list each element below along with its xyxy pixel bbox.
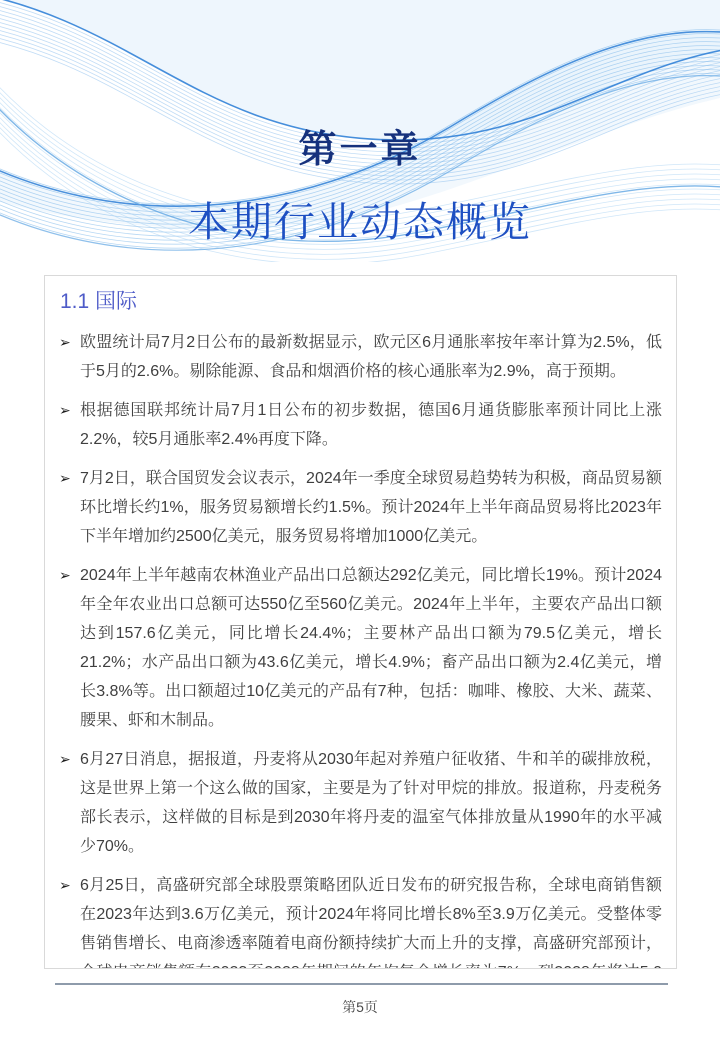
section-heading: 1.1 国际 <box>60 288 662 316</box>
bullet-arrow-icon: ➢ <box>59 561 71 590</box>
bullet-text: 2024年上半年越南农林渔业产品出口总额达292亿美元，同比增长19%。预计20… <box>80 567 662 729</box>
bullet-arrow-icon: ➢ <box>59 871 71 900</box>
news-bullet-item: ➢ 欧盟统计局7月2日公布的最新数据显示，欧元区6月通胀率按年率计算为2.5%，… <box>59 328 662 386</box>
bullet-arrow-icon: ➢ <box>59 328 71 357</box>
chapter-title: 本期行业动态概览 <box>0 196 720 248</box>
page-number: 第5页 <box>0 997 720 1017</box>
news-bullet-list: ➢ 欧盟统计局7月2日公布的最新数据显示，欧元区6月通胀率按年率计算为2.5%，… <box>59 328 662 969</box>
bullet-text: 6月27日消息，据报道，丹麦将从2030年起对养殖户征收猪、牛和羊的碳排放税，这… <box>80 751 662 855</box>
section-content-box: 1.1 国际 ➢ 欧盟统计局7月2日公布的最新数据显示，欧元区6月通胀率按年率计… <box>44 275 677 969</box>
news-bullet-item: ➢ 7月2日，联合国贸发会议表示，2024年一季度全球贸易趋势转为积极，商品贸易… <box>59 464 662 551</box>
news-bullet-item: ➢ 根据德国联邦统计局7月1日公布的初步数据，德国6月通货膨胀率预计同比上涨2.… <box>59 396 662 454</box>
bullet-text: 6月25日，高盛研究部全球股票策略团队近日发布的研究报告称，全球电商销售额在20… <box>80 877 662 969</box>
bullet-text: 根据德国联邦统计局7月1日公布的初步数据，德国6月通货膨胀率预计同比上涨2.2%… <box>80 402 662 448</box>
bullet-arrow-icon: ➢ <box>59 396 71 425</box>
report-page: 第一章 本期行业动态概览 1.1 国际 ➢ 欧盟统计局7月2日公布的最新数据显示… <box>0 0 720 1040</box>
bullet-arrow-icon: ➢ <box>59 464 71 493</box>
news-bullet-item: ➢ 6月27日消息，据报道，丹麦将从2030年起对养殖户征收猪、牛和羊的碳排放税… <box>59 745 662 861</box>
chapter-label: 第一章 <box>0 126 720 174</box>
news-bullet-item: ➢ 6月25日，高盛研究部全球股票策略团队近日发布的研究报告称，全球电商销售额在… <box>59 871 662 969</box>
bullet-arrow-icon: ➢ <box>59 745 71 774</box>
bullet-text: 7月2日，联合国贸发会议表示，2024年一季度全球贸易趋势转为积极，商品贸易额环… <box>80 470 662 545</box>
bullet-text: 欧盟统计局7月2日公布的最新数据显示，欧元区6月通胀率按年率计算为2.5%，低于… <box>80 334 662 380</box>
footer-divider <box>55 983 668 985</box>
news-bullet-item: ➢ 2024年上半年越南农林渔业产品出口总额达292亿美元，同比增长19%。预计… <box>59 561 662 735</box>
